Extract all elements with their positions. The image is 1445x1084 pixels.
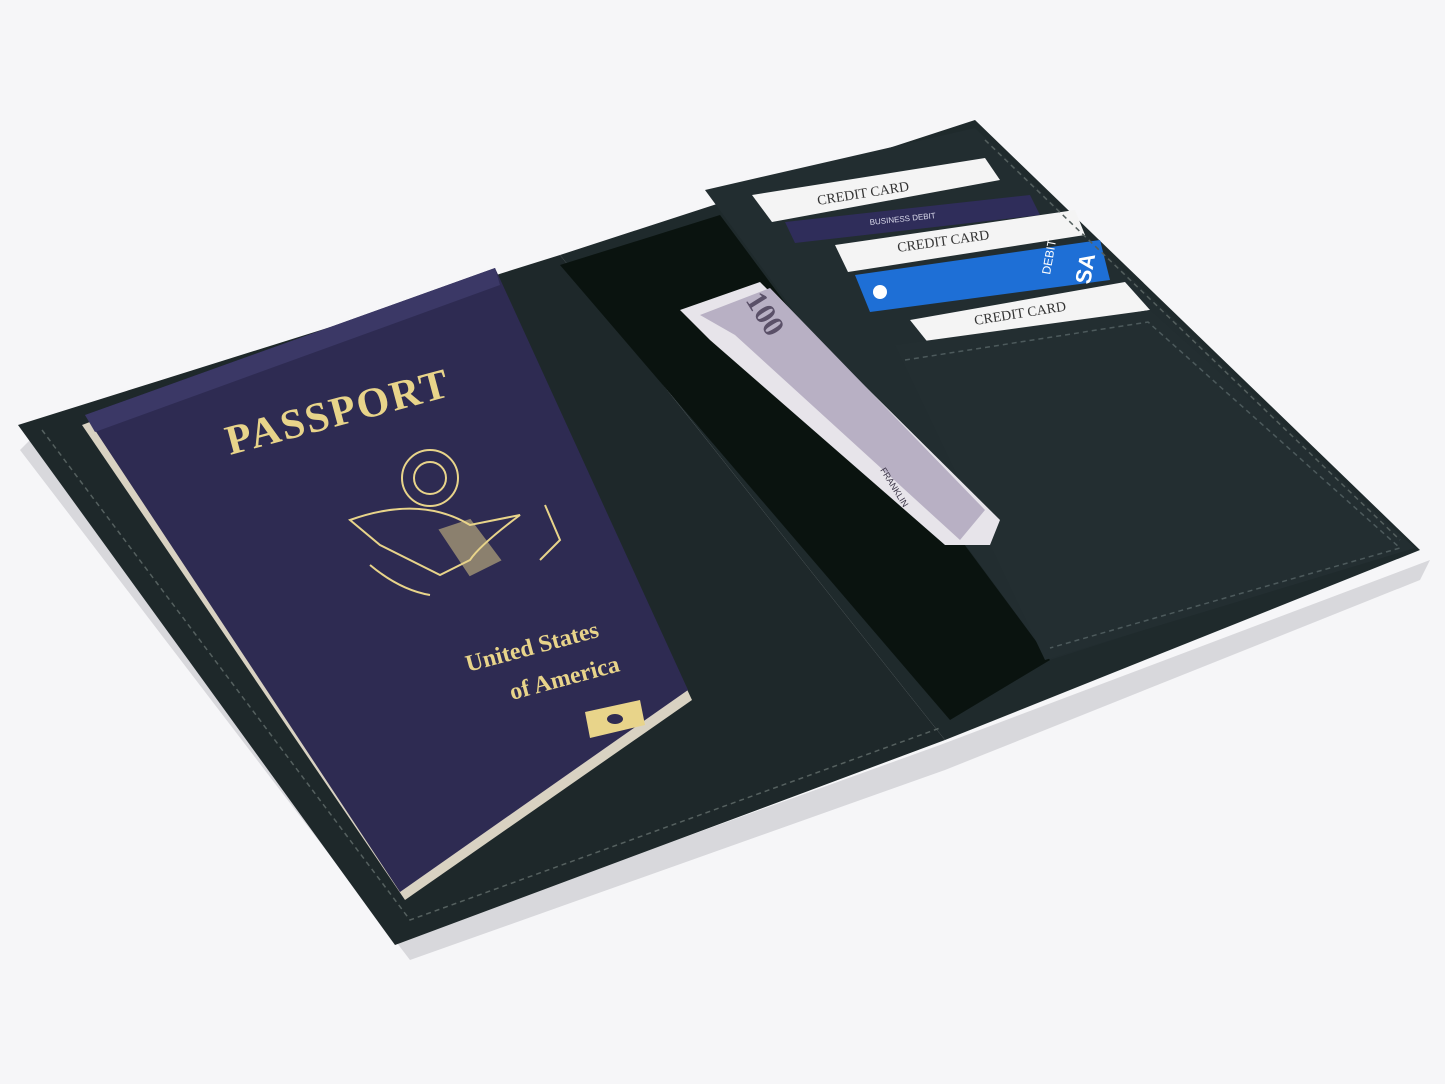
bank-logo-icon: [873, 285, 887, 299]
product-photo: CREDIT CARD BUSINESS DEBIT CREDIT CARD D…: [0, 0, 1445, 1084]
card-4-brand: SA: [1070, 251, 1100, 286]
